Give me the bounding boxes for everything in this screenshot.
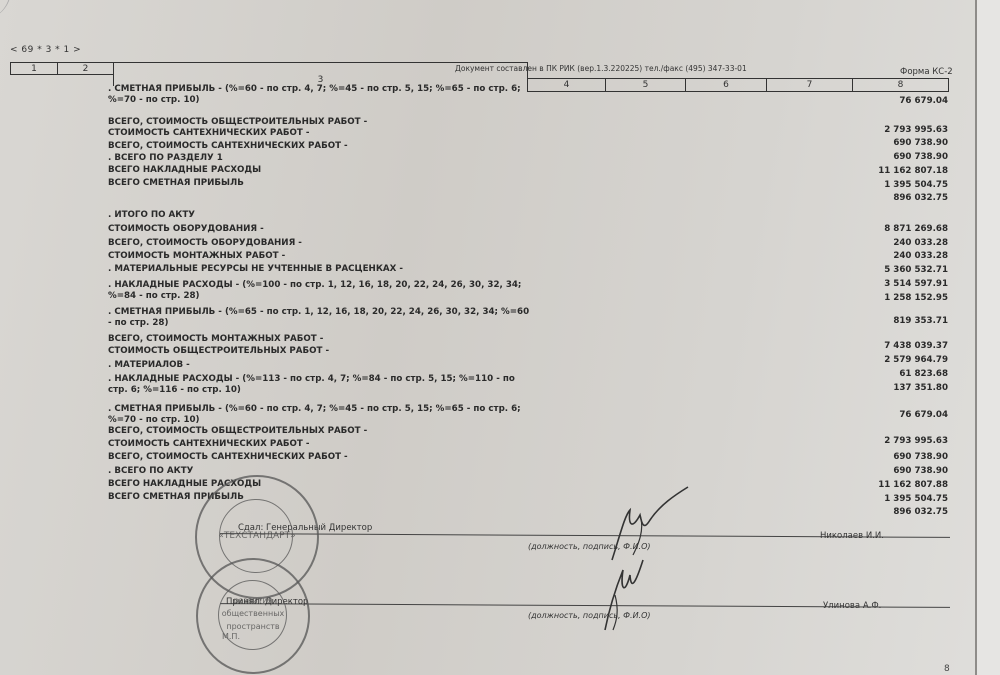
row-label: . ВСЕГО ПО РАЗДЕЛУ 1 <box>108 153 628 164</box>
row-value: 896 032.75 <box>808 507 948 518</box>
row-value: 11 162 807.18 <box>808 166 948 177</box>
column-header-1: 1 <box>10 62 58 75</box>
stamp-line-1: развития <box>198 596 308 605</box>
row-label: СТОИМОСТЬ ОБОРУДОВАНИЯ - <box>108 224 628 235</box>
row-value: 3 514 597.91 <box>808 279 948 290</box>
row-label-continued: - по стр. 28) <box>108 318 628 329</box>
handwritten-signature-1 <box>600 485 700 565</box>
page-edge <box>975 0 977 675</box>
row-value: 2 793 995.63 <box>808 436 948 447</box>
row-label: ВСЕГО, СТОИМОСТЬ САНТЕХНИЧЕСКИХ РАБОТ - <box>108 141 628 152</box>
column-header-8: 8 <box>852 78 949 92</box>
row-label: . ИТОГО ПО АКТУ <box>108 210 628 221</box>
row-label: СТОИМОСТЬ САНТЕХНИЧЕСКИХ РАБОТ - <box>108 128 628 139</box>
row-label: ВСЕГО, СТОИМОСТЬ ОБОРУДОВАНИЯ - <box>108 238 628 249</box>
document-code: < 69 * 3 * 1 > <box>10 45 81 55</box>
stamp-line-2: общественных <box>198 609 308 618</box>
row-value: 690 738.90 <box>808 452 948 463</box>
row-value-secondary: 137 351.80 <box>808 383 948 394</box>
row-label: . МАТЕРИАЛОВ - <box>108 360 628 371</box>
stamp-line-3: пространств <box>198 622 308 631</box>
row-value: 76 679.04 <box>808 410 948 421</box>
row-value: 240 033.28 <box>808 251 948 262</box>
row-label-continued: %=70 - по стр. 10) <box>108 95 628 106</box>
row-value: 690 738.90 <box>808 466 948 477</box>
row-label: СТОИМОСТЬ МОНТАЖНЫХ РАБОТ - <box>108 251 628 262</box>
row-label: . СМЕТНАЯ ПРИБЫЛЬ - (%=65 - по стр. 1, 1… <box>108 307 628 318</box>
row-value: 61 823.68 <box>808 369 948 380</box>
row-label: ВСЕГО, СТОИМОСТЬ ОБЩЕСТРОИТЕЛЬНЫХ РАБОТ … <box>108 426 628 437</box>
row-value: 8 871 269.68 <box>808 224 948 235</box>
row-value: 240 033.28 <box>808 238 948 249</box>
document-software-note: Документ составлен в ПК РИК (вер.1.3.220… <box>455 64 747 73</box>
row-value: 11 162 807.88 <box>808 480 948 491</box>
row-value: 819 353.71 <box>808 316 948 327</box>
row-label-continued: стр. 6; %=116 - по стр. 10) <box>108 385 628 396</box>
stamp-mp: М.П. <box>176 632 286 641</box>
row-label: СТОИМОСТЬ САНТЕХНИЧЕСКИХ РАБОТ - <box>108 439 628 450</box>
row-label: ВСЕГО НАКЛАДНЫЕ РАСХОДЫ <box>108 479 628 490</box>
handed-over-name: Николаев И.И. <box>820 531 884 541</box>
page-number: 8 <box>944 664 950 674</box>
row-label: ВСЕГО СМЕТНАЯ ПРИБЫЛЬ <box>108 178 628 189</box>
row-label: . МАТЕРИАЛЬНЫЕ РЕСУРСЫ НЕ УЧТЕННЫЕ В РАС… <box>108 264 628 275</box>
row-label: ВСЕГО СМЕТНАЯ ПРИБЫЛЬ <box>108 492 628 503</box>
column-header-2: 2 <box>57 62 114 75</box>
row-value: 896 032.75 <box>808 193 948 204</box>
row-label: . НАКЛАДНЫЕ РАСХОДЫ - (%=113 - по стр. 4… <box>108 374 628 385</box>
stamp-company-name: «ТЕХСТАНДАРТ» <box>197 531 317 541</box>
row-value: 2 793 995.63 <box>808 125 948 136</box>
row-label: ВСЕГО, СТОИМОСТЬ САНТЕХНИЧЕСКИХ РАБОТ - <box>108 452 628 463</box>
row-value: 690 738.90 <box>808 152 948 163</box>
row-label: ВСЕГО НАКЛАДНЫЕ РАСХОДЫ <box>108 165 628 176</box>
row-label: . НАКЛАДНЫЕ РАСХОДЫ - (%=100 - по стр. 1… <box>108 280 628 291</box>
column-header-6: 6 <box>685 78 767 92</box>
organization-stamp: развития общественных пространств М.П. <box>196 558 310 674</box>
adjacent-page <box>977 0 1000 675</box>
row-value: 2 579 964.79 <box>808 355 948 366</box>
row-value: 7 438 039.37 <box>808 341 948 352</box>
row-value: 1 395 504.75 <box>808 494 948 505</box>
row-label-continued: %=84 - по стр. 28) <box>108 291 628 302</box>
row-value: 5 360 532.71 <box>808 265 948 276</box>
row-label: ВСЕГО, СТОИМОСТЬ МОНТАЖНЫХ РАБОТ - <box>108 334 628 345</box>
row-label: СТОИМОСТЬ ОБЩЕСТРОИТЕЛЬНЫХ РАБОТ - <box>108 346 628 357</box>
row-value: 76 679.04 <box>808 96 948 107</box>
handwritten-signature-2 <box>595 555 655 635</box>
row-label: . СМЕТНАЯ ПРИБЫЛЬ - (%=60 - по стр. 4, 7… <box>108 84 628 95</box>
row-label: . ВСЕГО ПО АКТУ <box>108 466 628 477</box>
accepted-name: Улинова А.Ф. <box>823 601 881 611</box>
page-corner <box>0 0 11 20</box>
row-label: ВСЕГО, СТОИМОСТЬ ОБЩЕСТРОИТЕЛЬНЫХ РАБОТ … <box>108 117 628 128</box>
row-value: 690 738.90 <box>808 138 948 149</box>
row-label: . СМЕТНАЯ ПРИБЫЛЬ - (%=60 - по стр. 4, 7… <box>108 404 628 415</box>
form-label: Форма КС-2 <box>900 67 953 77</box>
row-value: 1 395 504.75 <box>808 180 948 191</box>
row-label-continued: %=70 - по стр. 10) <box>108 415 628 426</box>
row-value-secondary: 1 258 152.95 <box>808 293 948 304</box>
column-header-7: 7 <box>766 78 853 92</box>
